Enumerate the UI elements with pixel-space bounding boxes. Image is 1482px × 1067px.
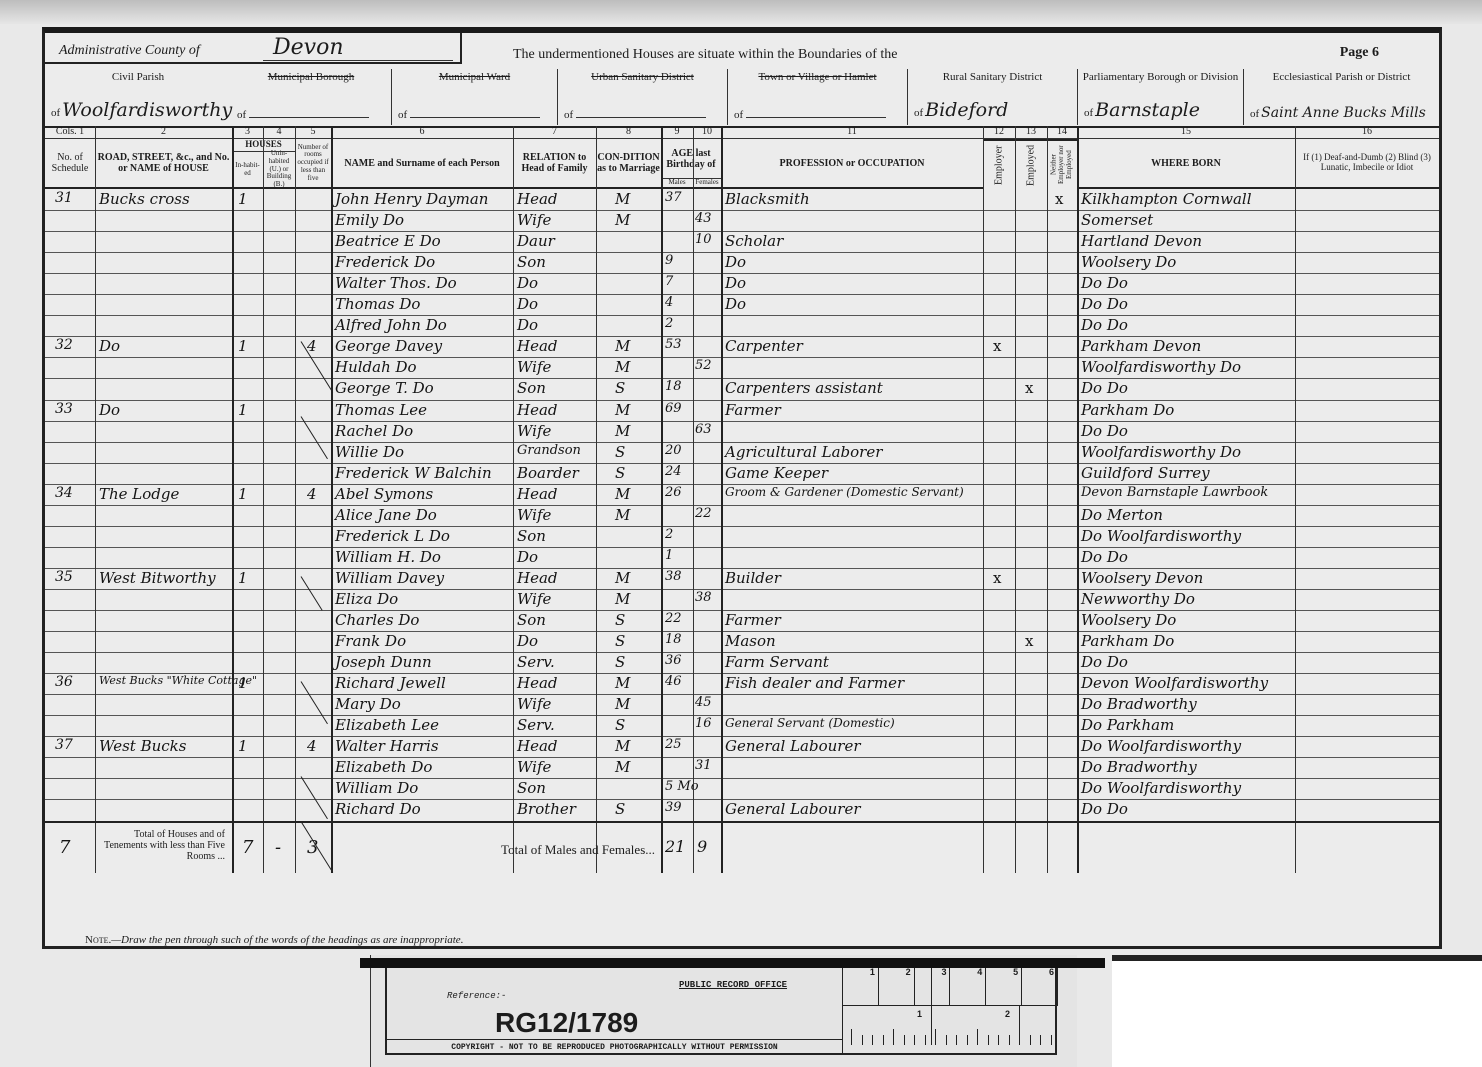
column-number: 4 — [263, 126, 295, 139]
cell-name: John Henry Dayman — [335, 190, 488, 208]
cell-born: Do Do — [1081, 422, 1128, 440]
cell-cond: M — [615, 674, 630, 692]
cell-rel: Wife — [517, 695, 551, 713]
cell-m: 36 — [665, 653, 682, 668]
district-value-line: of — [237, 109, 369, 121]
cell-name: Willie Do — [335, 443, 404, 461]
column-rule — [596, 126, 597, 873]
column-rule — [263, 126, 264, 873]
ruler-mark: 6 — [1022, 967, 1058, 1005]
cell-cond: M — [615, 337, 630, 355]
column-header-15: WHERE BORN — [1077, 139, 1295, 189]
cell-born: Do Do — [1081, 800, 1128, 818]
table-row: Charles DoSonS22FarmerWoolsery Do — [45, 610, 1439, 631]
cell-m: 69 — [665, 401, 682, 416]
cell-rel: Wife — [517, 590, 551, 608]
cell-sched: 33 — [55, 401, 73, 417]
cell-born: Do Woolfardisworthy — [1081, 779, 1241, 797]
cell-cond: S — [615, 632, 625, 650]
of-label: of — [1250, 108, 1259, 120]
cell-occ: General Labourer — [725, 737, 861, 755]
cell-occ: Carpenters assistant — [725, 379, 883, 397]
cell-m: 26 — [665, 485, 682, 500]
cell-name: Alfred John Do — [335, 316, 447, 334]
cell-occ: General Labourer — [725, 800, 861, 818]
table-row: Frederick DoSon9DoWoolsery Do — [45, 252, 1439, 273]
cell-m: 39 — [665, 800, 682, 815]
ruler-tick — [1040, 1035, 1041, 1045]
column-rule — [331, 126, 333, 873]
column-header-7: RELATION to Head of Family — [513, 139, 596, 189]
cell-m: 9 — [665, 253, 673, 268]
cell-rel: Head — [517, 485, 558, 503]
column-rule — [1047, 126, 1048, 873]
blank-line — [576, 117, 706, 118]
ruler-tick — [883, 1035, 884, 1045]
column-header-1: No. of Schedule — [45, 139, 95, 189]
cell-sched: 31 — [55, 190, 73, 206]
cell-rel: Head — [517, 674, 558, 692]
table-row: Thomas DoDo4DoDo Do — [45, 294, 1439, 315]
cell-rel: Serv. — [517, 716, 555, 734]
age-header: AGE last Birthday of — [661, 139, 721, 179]
cell-rel: Do — [517, 316, 538, 334]
of-label: of — [564, 109, 573, 121]
cell-cond: S — [615, 611, 625, 629]
district-label: Municipal Borough — [231, 71, 391, 83]
cell-f: 43 — [695, 211, 712, 226]
table-row: 34The Lodge14Abel SymonsHeadM26Groom & G… — [45, 484, 1439, 505]
cell-rel: Head — [517, 737, 558, 755]
cell-occ: Scholar — [725, 232, 783, 250]
reference-top-bar — [360, 958, 1105, 968]
column-number: 5 — [295, 126, 331, 139]
cell-occ: Carpenter — [725, 337, 803, 355]
of-label: of — [237, 109, 246, 121]
cell-cond: S — [615, 443, 625, 461]
column-number: 14 — [1047, 126, 1077, 139]
district-rural-sanitary: Rural Sanitary District ofBideford — [907, 69, 1077, 125]
ecclesiastical-value: Saint Anne Bucks Mills — [1261, 105, 1426, 121]
column-header-3: In-habit-ed — [232, 152, 263, 189]
cell-name: Walter Thos. Do — [335, 274, 457, 292]
cell-born: Do Do — [1081, 274, 1128, 292]
cell-cond: S — [615, 716, 625, 734]
district-value-line: of — [734, 109, 886, 121]
cell-house: Do — [99, 401, 120, 419]
district-label: Town or Village or Hamlet — [728, 71, 907, 83]
scan-top-edge — [0, 0, 1482, 24]
cell-cond: M — [615, 506, 630, 524]
ruler-tick — [977, 1029, 978, 1045]
ruler-mark: 5 — [986, 967, 1022, 1005]
cell-rel: Wife — [517, 211, 551, 229]
cell-rel: Boarder — [517, 464, 579, 482]
column-rule — [295, 126, 296, 873]
cell-f: 22 — [695, 506, 712, 521]
cell-inhab: 1 — [238, 485, 248, 503]
admin-county-label: Administrative County of — [59, 43, 200, 59]
cell-name: Frederick L Do — [335, 527, 450, 545]
column-header-8: CON-DITION as to Marriage — [596, 139, 661, 189]
cell-born: Do Do — [1081, 653, 1128, 671]
cell-born: Woolsery Devon — [1081, 569, 1203, 587]
total-females: 9 — [697, 837, 707, 856]
ruler-mark: 4 — [950, 967, 986, 1005]
note-prefix: Note. — [85, 934, 111, 946]
cell-inhab: 1 — [238, 674, 248, 692]
ruler-tick — [925, 1035, 926, 1045]
table-row: 37West Bucks14Walter HarrisHeadM25Genera… — [45, 736, 1439, 757]
cell-house: Bucks cross — [99, 190, 190, 208]
cell-rel: Wife — [517, 506, 551, 524]
cell-cond: M — [615, 569, 630, 587]
cell-f: 63 — [695, 422, 712, 437]
ruler-divider — [1019, 1005, 1020, 1045]
cell-occ: Do — [725, 274, 746, 292]
cell-name: Huldah Do — [335, 358, 417, 376]
table-row: 32Do14George DaveyHeadM53CarpenterxParkh… — [45, 336, 1439, 357]
cell-cond: M — [615, 695, 630, 713]
blank-margin — [1112, 961, 1482, 1067]
census-sheet: Administrative County of Devon The under… — [42, 27, 1442, 949]
column-number: Cols. 1 — [45, 126, 95, 139]
scale-ruler: 1 2 3 4 5 6 1 2 — [842, 967, 1058, 1053]
total-males: 21 — [665, 837, 685, 856]
rural-sanitary-value: Bideford — [925, 99, 1008, 121]
cell-occ: Groom & Gardener (Domestic Servant) — [725, 485, 964, 499]
cell-born: Devon Woolfardisworthy — [1081, 674, 1268, 692]
table-row: Alfred John DoDo2Do Do — [45, 315, 1439, 336]
ruler-top: 1 2 3 4 5 6 — [843, 967, 1058, 1006]
column-number: 12 — [983, 126, 1015, 139]
cell-name: Frank Do — [335, 632, 406, 650]
males-females-total-label: Total of Males and Females... — [345, 843, 655, 857]
cell-born: Newworthy Do — [1081, 590, 1195, 608]
cell-cond: M — [615, 590, 630, 608]
cell-name: Alice Jane Do — [335, 506, 437, 524]
page-number: Page 6 — [1340, 45, 1379, 61]
district-value-line: of — [564, 109, 706, 121]
cell-born: Do Do — [1081, 548, 1128, 566]
totals-row: 7Total of Houses and of Tenements with l… — [45, 821, 1439, 875]
column-number: 2 — [95, 126, 232, 139]
cell-m: 38 — [665, 569, 682, 584]
cell-occ: Blacksmith — [725, 190, 810, 208]
district-value-line: ofSaint Anne Bucks Mills — [1250, 105, 1426, 121]
cell-f: 10 — [695, 232, 712, 247]
cell-f: 38 — [695, 590, 712, 605]
cell-cond: S — [615, 800, 625, 818]
cell-name: Thomas Do — [335, 295, 420, 313]
cell-name: Charles Do — [335, 611, 419, 629]
cell-m: 25 — [665, 737, 682, 752]
table-row: William DoSon5 MoDo Woolfardisworthy — [45, 778, 1439, 799]
table-row: 31Bucks cross1John Henry DaymanHeadM37Bl… — [45, 189, 1439, 210]
table-row: Willie DoGrandsonS20Agricultural Laborer… — [45, 442, 1439, 463]
cell-cond: M — [615, 758, 630, 776]
cell-occ: Farm Servant — [725, 653, 829, 671]
cell-m: 1 — [665, 548, 673, 563]
cell-rel: Daur — [517, 232, 555, 250]
table-row: William H. DoDo1Do Do — [45, 547, 1439, 568]
cell-sched: 34 — [55, 485, 73, 501]
cell-house: Do — [99, 337, 120, 355]
cell-sched: 35 — [55, 569, 73, 585]
cell-born: Do Bradworthy — [1081, 695, 1197, 713]
ruler-tick — [851, 1029, 852, 1045]
cell-name: William Davey — [335, 569, 444, 587]
table-row: Frank DoDoS18MasonxParkham Do — [45, 631, 1439, 652]
district-value-line: ofWoolfardisworthy — [51, 99, 232, 121]
cell-rel: Do — [517, 632, 538, 650]
of-label: of — [51, 107, 60, 119]
cell-born: Do Do — [1081, 295, 1128, 313]
table-row: 36West Bucks "White Cottage"1Richard Jew… — [45, 673, 1439, 694]
cell-sched: 36 — [55, 674, 73, 690]
boundaries-heading: The undermentioned Houses are situate wi… — [513, 47, 898, 63]
cell-name: William Do — [335, 779, 418, 797]
cell-born: Somerset — [1081, 211, 1153, 229]
cell-name: Rachel Do — [335, 422, 413, 440]
cell-rel: Brother — [517, 800, 576, 818]
district-town-village: Town or Village or Hamlet of — [727, 69, 907, 125]
public-record-office: PUBLIC RECORD OFFICE — [679, 980, 787, 990]
cell-cond: M — [615, 737, 630, 755]
column-header-12: Employer — [983, 139, 1015, 189]
cell-born: Do Do — [1081, 379, 1128, 397]
sheet-header: Administrative County of Devon The under… — [45, 33, 1439, 128]
column-header-5: Number of rooms occupied if less than fi… — [295, 139, 331, 189]
cell-rel: Do — [517, 274, 538, 292]
total-schedules: 7 — [59, 837, 70, 858]
cell-born: Woolfardisworthy Do — [1081, 443, 1241, 461]
cell-occ: Fish dealer and Farmer — [725, 674, 904, 692]
cell-name: Elizabeth Do — [335, 758, 432, 776]
cell-rel: Son — [517, 779, 546, 797]
cell-f: 45 — [695, 695, 712, 710]
column-number: 11 — [721, 126, 983, 139]
cell-house: The Lodge — [99, 485, 179, 503]
of-label: of — [734, 109, 743, 121]
cell-name: Frederick W Balchin — [335, 464, 492, 482]
ruler-tick — [1009, 1035, 1010, 1045]
table-row: Elizabeth LeeServ.S16General Servant (Do… — [45, 715, 1439, 736]
cell-m: 37 — [665, 190, 682, 205]
district-label: Urban Sanitary District — [558, 71, 727, 83]
column-number: 13 — [1015, 126, 1047, 139]
cell-neither: x — [1055, 190, 1063, 208]
cell-occ: Do — [725, 253, 746, 271]
cell-occ: Farmer — [725, 401, 781, 419]
ruler-tick — [988, 1035, 989, 1045]
district-label: Municipal Ward — [392, 71, 557, 83]
cell-rel: Son — [517, 253, 546, 271]
district-parliamentary: Parliamentary Borough or Division ofBarn… — [1077, 69, 1243, 125]
cell-name: Elizabeth Lee — [335, 716, 439, 734]
cell-born: Woolfardisworthy Do — [1081, 358, 1241, 376]
cell-f: 31 — [695, 758, 712, 773]
ruler-tick — [946, 1035, 947, 1045]
district-label: Civil Parish — [45, 71, 231, 83]
cell-occ: Game Keeper — [725, 464, 828, 482]
admin-county-value: Devon — [263, 35, 453, 61]
of-label: of — [398, 109, 407, 121]
column-rule — [1077, 126, 1079, 873]
cell-born: Do Woolfardisworthy — [1081, 737, 1241, 755]
ruler-bottom: 1 2 — [843, 1005, 1058, 1045]
cell-inhab: 1 — [238, 401, 248, 419]
district-urban-sanitary: Urban Sanitary District of — [557, 69, 727, 125]
cell-name: Walter Harris — [335, 737, 439, 755]
copyright-notice: COPYRIGHT - NOT TO BE REPRODUCED PHOTOGR… — [387, 1039, 842, 1056]
ruler-tick — [872, 1035, 873, 1045]
reference-label: Reference:- — [447, 991, 506, 1001]
of-label: of — [914, 107, 923, 119]
table-row: Walter Thos. DoDo7DoDo Do — [45, 273, 1439, 294]
column-header-4: Unin-habited (U.) or Building (B.) — [263, 152, 295, 189]
cell-name: Joseph Dunn — [335, 653, 432, 671]
cell-rel: Grandson — [517, 443, 581, 458]
cell-inhab: 1 — [238, 569, 248, 587]
cell-cond: S — [615, 379, 625, 397]
cell-m: 24 — [665, 464, 682, 479]
column-rule — [95, 126, 96, 873]
cell-occ: Farmer — [725, 611, 781, 629]
ruler-tick — [1030, 1035, 1031, 1045]
cell-name: Frederick Do — [335, 253, 435, 271]
cell-m: 20 — [665, 443, 682, 458]
cell-empd: x — [1025, 632, 1033, 650]
cell-m: 22 — [665, 611, 682, 626]
column-rule — [693, 126, 694, 873]
cell-born: Parkham Devon — [1081, 337, 1201, 355]
cell-cond: M — [615, 422, 630, 440]
column-rule — [1015, 126, 1016, 873]
cell-f: 52 — [695, 358, 712, 373]
ruler-divider — [931, 967, 932, 1045]
cell-inhab: 1 — [238, 337, 248, 355]
district-value-line: of — [398, 109, 540, 121]
cell-f: 16 — [695, 716, 712, 731]
table-row: George T. DoSonS18Carpenters assistantxD… — [45, 378, 1439, 399]
reference-card: Reference:- RG12/1789 PUBLIC RECORD OFFI… — [370, 955, 1077, 1067]
cell-born: Do Woolfardisworthy — [1081, 527, 1241, 545]
cell-m: 18 — [665, 379, 682, 394]
column-number: 8 — [596, 126, 661, 139]
district-value-line: ofBarnstaple — [1084, 99, 1200, 121]
table-row: Beatrice E DoDaur10ScholarHartland Devon — [45, 231, 1439, 252]
ruler-inch-mark: 2 — [1005, 1009, 1010, 1019]
cell-born: Guildford Surrey — [1081, 464, 1210, 482]
cell-born: Do Parkham — [1081, 716, 1174, 734]
parliamentary-value: Barnstaple — [1095, 99, 1200, 121]
column-header-10: Females — [693, 179, 721, 189]
cell-born: Parkham Do — [1081, 401, 1174, 419]
column-header-13: Employed — [1015, 139, 1047, 189]
cell-born: Kilkhampton Cornwall — [1081, 190, 1252, 208]
column-rule — [661, 126, 663, 873]
cell-cond: M — [615, 485, 630, 503]
ruler-inch-mark: 1 — [917, 1009, 922, 1019]
ruler-mark: 1 — [843, 967, 879, 1005]
column-header-2: ROAD, STREET, &c., and No. or NAME of HO… — [95, 139, 232, 189]
table-row: Emily DoWifeM43Somerset — [45, 210, 1439, 231]
cell-m: 2 — [665, 527, 673, 542]
column-number: 6 — [331, 126, 513, 139]
cell-name: William H. Do — [335, 548, 441, 566]
table-row: Rachel DoWifeM63Do Do — [45, 421, 1439, 442]
district-value-line: ofBideford — [914, 99, 1008, 121]
cell-name: Emily Do — [335, 211, 404, 229]
cell-m: 2 — [665, 316, 673, 331]
ruler-tick — [935, 1029, 936, 1045]
table-row: Elizabeth DoWifeM31Do Bradworthy — [45, 757, 1439, 778]
cell-name: Beatrice E Do — [335, 232, 441, 250]
cell-name: Mary Do — [335, 695, 401, 713]
cell-cond: M — [615, 358, 630, 376]
cell-name: Richard Do — [335, 800, 421, 818]
ruler-tick — [904, 1035, 905, 1045]
cell-cond: S — [615, 464, 625, 482]
ruler-mark: 2 — [879, 967, 915, 1005]
cell-occ: Do — [725, 295, 746, 313]
cell-rel: Wife — [517, 358, 551, 376]
table-row: Frederick L DoSon2Do Woolfardisworthy — [45, 526, 1439, 547]
cell-empd: x — [1025, 379, 1033, 397]
total-inhabited: 7 — [242, 837, 253, 858]
cell-inhab: 1 — [238, 737, 248, 755]
ruler-tick — [998, 1035, 999, 1045]
cell-rel: Wife — [517, 758, 551, 776]
ruler-tick — [862, 1035, 863, 1045]
column-rule — [513, 126, 514, 873]
table-row: Richard DoBrotherS39General LabourerDo D… — [45, 799, 1439, 820]
cell-born: Do Bradworthy — [1081, 758, 1197, 776]
district-label: Rural Sanitary District — [908, 71, 1077, 83]
column-number: 3 — [232, 126, 263, 139]
column-number: 16 — [1295, 126, 1439, 139]
column-header-14: Neither Employer nor Employed — [1047, 139, 1077, 189]
cell-house: West Bitworthy — [99, 569, 216, 587]
cell-rooms: 4 — [307, 485, 317, 503]
cell-born: Woolsery Do — [1081, 611, 1176, 629]
cell-occ: General Servant (Domestic) — [725, 716, 895, 730]
cell-m: 46 — [665, 674, 682, 689]
cell-occ: Agricultural Laborer — [725, 443, 882, 461]
administrative-county: Administrative County of Devon — [45, 33, 462, 64]
houses-total-label: Total of Houses and of Tenements with le… — [99, 829, 225, 862]
cell-house: West Bucks — [99, 737, 186, 755]
table-row: 35West Bitworthy1William DaveyHeadM38Bui… — [45, 568, 1439, 589]
footnote: Note.—Draw the pen through such of the w… — [85, 934, 463, 946]
ruler-tick — [893, 1029, 894, 1045]
column-number: 15 — [1077, 126, 1295, 139]
reference-box: Reference:- RG12/1789 PUBLIC RECORD OFFI… — [385, 965, 1057, 1055]
cell-rel: Head — [517, 569, 558, 587]
reference-value: RG12/1789 — [495, 1007, 638, 1039]
cell-m: 18 — [665, 632, 682, 647]
of-label: of — [1084, 107, 1093, 119]
total-uninhabited: - — [275, 837, 281, 858]
table-row: Frederick W BalchinBoarderS24Game Keeper… — [45, 463, 1439, 484]
cell-rooms: 4 — [307, 737, 317, 755]
ruler-tick — [956, 1035, 957, 1045]
cell-rel: Serv. — [517, 653, 555, 671]
district-label: Ecclesiastical Parish or District — [1244, 71, 1439, 83]
cell-rel: Son — [517, 379, 546, 397]
cell-born: Hartland Devon — [1081, 232, 1202, 250]
